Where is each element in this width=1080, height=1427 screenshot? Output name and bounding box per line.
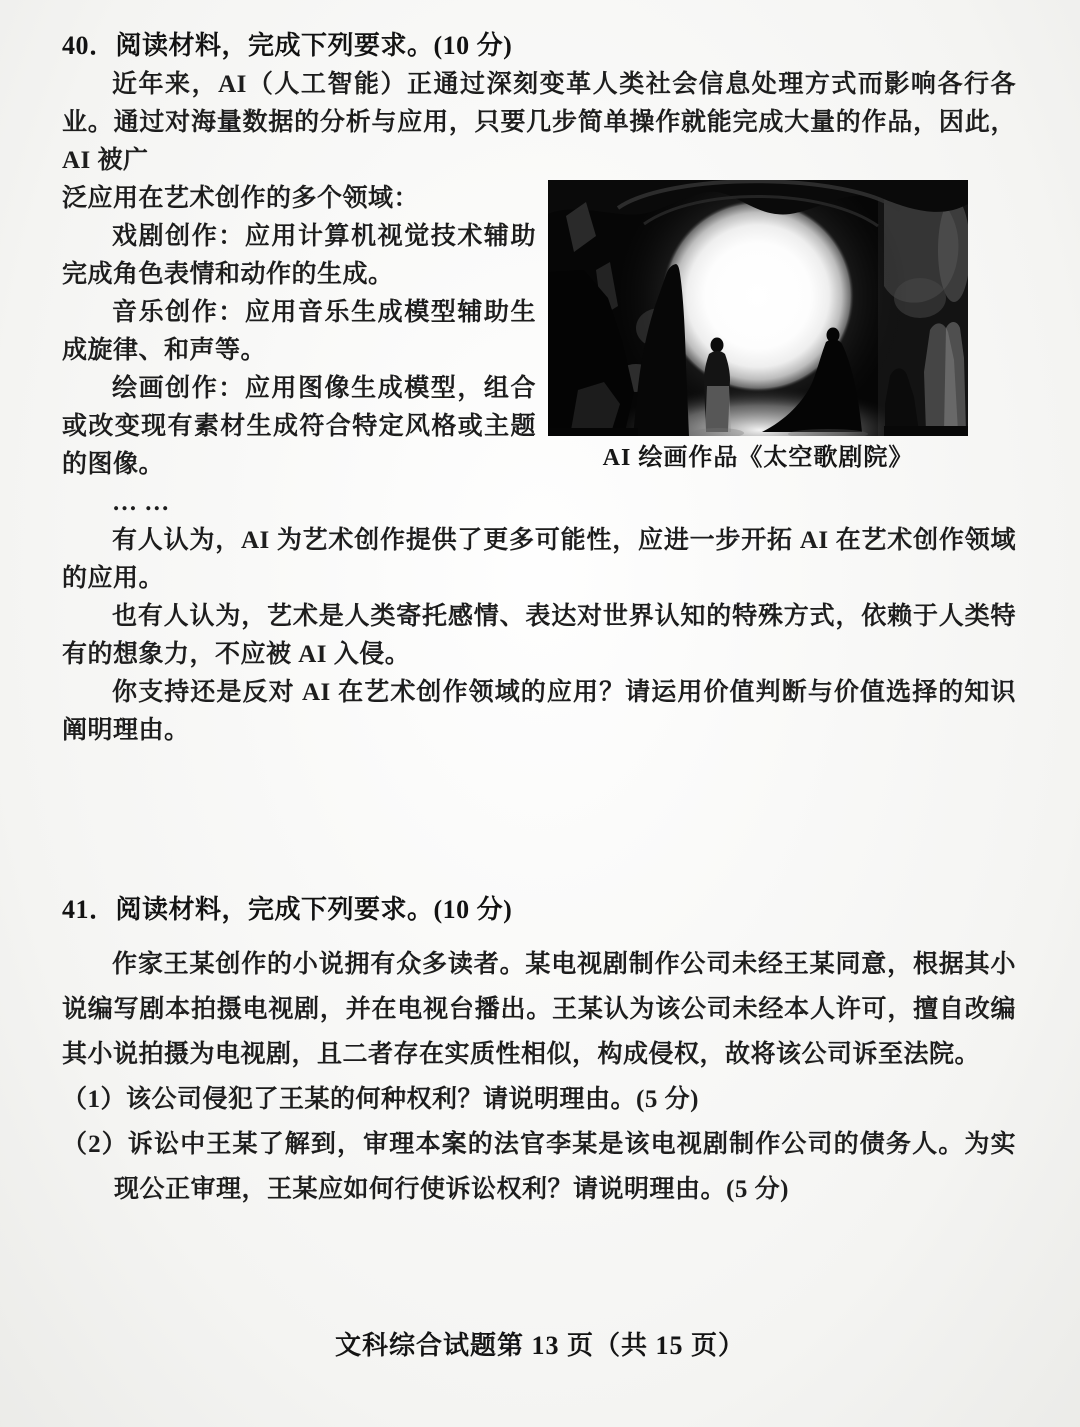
- page-footer: 文科综合试题第 13 页（共 15 页）: [0, 1326, 1080, 1366]
- question-40: 40．阅读材料，完成下列要求。(10 分) 近年来，AI（人工智能）正通过深刻变…: [62, 26, 1016, 750]
- question-41: 41．阅读材料，完成下列要求。(10 分) 作家王某创作的小说拥有众多读者。某电…: [62, 890, 1016, 1212]
- q40-task: 你支持还是反对 AI 在艺术创作领域的应用？请运用价值判断与价值选择的知识阐明理…: [62, 674, 1016, 750]
- q40-intro-paragraph: 近年来，AI（人工智能）正通过深刻变革人类社会信息处理方式而影响各行各业。通过对…: [62, 66, 1016, 180]
- q40-view-support: 有人认为，AI 为艺术创作提供了更多可能性，应进一步开拓 AI 在艺术创作领域的…: [62, 522, 1016, 598]
- question-40-heading: 40．阅读材料，完成下列要求。(10 分): [62, 26, 1016, 66]
- exam-page: 40．阅读材料，完成下列要求。(10 分) 近年来，AI（人工智能）正通过深刻变…: [0, 0, 1080, 1427]
- q40-view-oppose: 也有人认为，艺术是人类寄托感情、表达对世界认知的特殊方式，依赖于人类特有的想象力…: [62, 598, 1016, 674]
- q40-ellipsis: … …: [62, 484, 1016, 522]
- q41-sub-question-2: （2）诉讼中王某了解到，审理本案的法官李某是该电视剧制作公司的债务人。为实现公正…: [62, 1122, 1016, 1212]
- q40-figure: AI 绘画作品《太空歌剧院》: [548, 180, 1016, 474]
- question-40-body: 近年来，AI（人工智能）正通过深刻变革人类社会信息处理方式而影响各行各业。通过对…: [62, 66, 1016, 750]
- q40-figure-caption: AI 绘画作品《太空歌剧院》: [548, 442, 968, 474]
- q41-material: 作家王某创作的小说拥有众多读者。某电视剧制作公司未经王某同意，根据其小说编写剧本…: [62, 942, 1016, 1077]
- q41-sub-question-1: （1）该公司侵犯了王某的何种权利？请说明理由。(5 分): [62, 1077, 1016, 1122]
- ai-artwork-image: [548, 180, 968, 436]
- question-41-heading: 41．阅读材料，完成下列要求。(10 分): [62, 890, 1016, 930]
